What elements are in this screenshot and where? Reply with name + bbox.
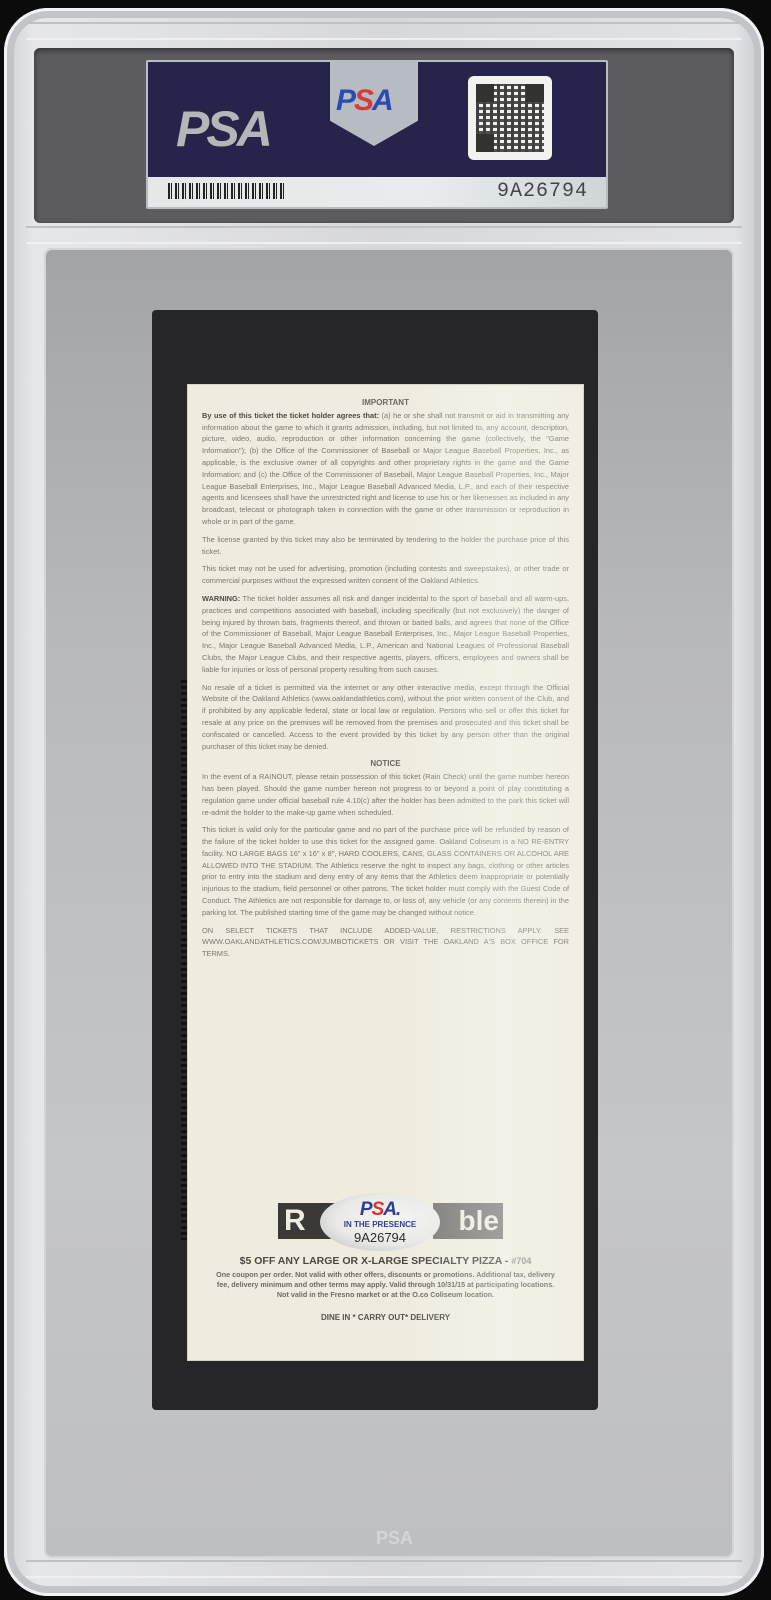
paragraph-text: (a) he or she shall not transmit or aid … — [202, 411, 569, 526]
paragraph-text: This ticket may not be used for advertis… — [202, 564, 569, 585]
coupon-offer: $5 OFF ANY LARGE OR X-LARGE SPECIALTY PI… — [240, 1255, 512, 1267]
logo-letter: S — [372, 1199, 384, 1220]
logo-letter: P — [336, 84, 354, 117]
added-value-paragraph: ON SELECT TICKETS THAT INCLUDE ADDED-VAL… — [202, 925, 569, 960]
psa-label: PSA PSA 9A26794 — [146, 60, 608, 209]
psa-sticker-logo: PSA. — [320, 1199, 440, 1221]
resale-paragraph: No resale of a ticket is permitted via t… — [202, 682, 569, 753]
qr-code-icon[interactable] — [468, 76, 552, 160]
terms-paragraph: By use of this ticket the ticket holder … — [202, 410, 569, 528]
notice-heading: NOTICE — [202, 758, 569, 770]
paragraph-lead: By use of this ticket the ticket holder … — [202, 411, 379, 420]
in-the-presence-text: IN THE PRESENCE — [320, 1220, 440, 1229]
validity-paragraph: This ticket is valid only for the partic… — [202, 824, 569, 918]
coupon-options: DINE IN * CARRY OUT* DELIVERY — [188, 1313, 583, 1322]
qr-pattern — [476, 84, 544, 152]
logo-letter: P — [360, 1199, 372, 1220]
logo-letter: S — [354, 84, 372, 117]
psa-logo-icon: PSA — [176, 100, 270, 158]
slab-top-rail — [26, 22, 742, 40]
sticker-cert-number: 9A26794 — [320, 1230, 440, 1245]
psa-shield-logo: PSA — [336, 84, 392, 118]
important-heading: IMPORTANT — [202, 397, 569, 409]
ticket-back: IMPORTANT By use of this ticket the tick… — [188, 385, 583, 1360]
psa-authentication-sticker: PSA. IN THE PRESENCE 9A26794 — [320, 1193, 440, 1251]
coupon-terms: One coupon per order. Not valid with oth… — [210, 1270, 561, 1300]
slab-bottom-rail — [26, 1560, 742, 1578]
sponsor-logo-right: ble — [433, 1203, 503, 1239]
logo-letter: A. — [383, 1199, 400, 1220]
slab-label-divider — [26, 226, 742, 244]
barcode-icon — [168, 183, 286, 199]
ticket-terms: IMPORTANT By use of this ticket the tick… — [202, 397, 569, 966]
paragraph-text: The license granted by this ticket may a… — [202, 535, 569, 556]
warning-lead: WARNING: — [202, 594, 240, 603]
slab-embossed-mark: PSA — [376, 1528, 413, 1549]
paragraph-text: No resale of a ticket is permitted via t… — [202, 683, 569, 751]
paragraph-text: The ticket holder assumes all risk and d… — [202, 594, 569, 674]
terms-paragraph: This ticket may not be used for advertis… — [202, 563, 569, 587]
sponsor-and-sticker: R ble PSA. IN THE PRESENCE 9A26794 — [278, 1195, 503, 1243]
cert-number: 9A26794 — [497, 180, 588, 203]
logo-letter: A — [372, 84, 392, 117]
coupon-code: #704 — [511, 1256, 531, 1266]
warning-paragraph: WARNING: The ticket holder assumes all r… — [202, 593, 569, 676]
rainout-paragraph: In the event of a RAINOUT, please retain… — [202, 771, 569, 818]
coupon-title: $5 OFF ANY LARGE OR X-LARGE SPECIALTY PI… — [198, 1255, 573, 1267]
terms-paragraph: The license granted by this ticket may a… — [202, 534, 569, 558]
label-strip: 9A26794 — [148, 177, 606, 207]
